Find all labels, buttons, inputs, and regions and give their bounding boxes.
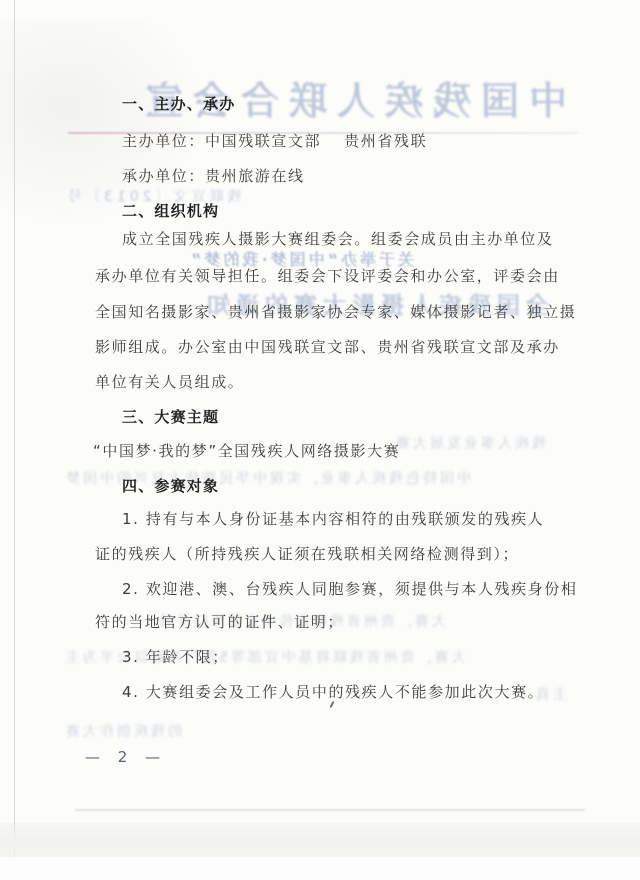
bleedthrough-body-fragment: 的残疾创作大赛	[63, 721, 182, 741]
list-item-2: 2. 欢迎港、澳、台残疾人同胞参赛，须提供与本人残疾身份相	[122, 580, 577, 598]
bleedthrough-bottom-rule	[75, 809, 585, 811]
paragraph-line: 单位有关人员组成。	[95, 373, 244, 391]
list-item-1-cont: 证的残疾人（所持残疾人证须在残联相关网络检测得到）；	[95, 545, 519, 563]
page-left-edge	[14, 0, 15, 858]
scanned-document-page: 中国残疾人联合会宣 残联宣文〔2013〕号 关于举办“中国梦·我的梦” 全国残疾…	[0, 0, 640, 880]
paragraph-line: 全国知名摄影家、贵州省摄影家协会专家、媒体摄影记者、独立摄	[95, 303, 576, 321]
list-item-4: 4. 大赛组委会及工作人员中的残疾人不能参加此次大赛。	[122, 683, 544, 701]
paragraph-line: 成立全国残疾人摄影大赛组委会。组委会成员由主办单位及	[122, 230, 554, 248]
scan-background	[0, 857, 640, 880]
stray-pen-mark	[329, 701, 334, 708]
paragraph-line: 承办单位有关领导担任。组委会下设评委会和办公室，评委会由	[95, 267, 560, 285]
section-heading-3: 三、大赛主题	[122, 408, 219, 426]
bleedthrough-body-fragment: 残疾人事业发展大赛	[393, 433, 546, 453]
paragraph-line: 影师组成。办公室由中国残联宣文部、贵州省残联宣文部及承办	[95, 338, 560, 356]
theme-line: “中国梦·我的梦”全国残疾人网络摄影大赛	[93, 442, 400, 460]
scan-bottom-edge-band	[0, 823, 640, 857]
list-item-3: 3. 年龄不限；	[122, 648, 229, 666]
section-heading-2: 二、组织机构	[122, 202, 219, 220]
section-heading-1: 一、主办、承办	[122, 95, 235, 113]
organizer-line: 主办单位：中国残联宣文部 贵州省残联	[122, 132, 427, 150]
list-item-1: 1. 持有与本人身份证基本内容相符的由残联颁发的残疾人	[122, 510, 544, 528]
section-heading-4: 四、参赛对象	[122, 477, 219, 495]
list-item-2-cont: 符的当地官方认可的证件、证明；	[95, 613, 344, 631]
page-number: — 2 —	[85, 748, 162, 766]
undertaker-line: 承办单位：贵州旅游在线	[122, 167, 305, 185]
